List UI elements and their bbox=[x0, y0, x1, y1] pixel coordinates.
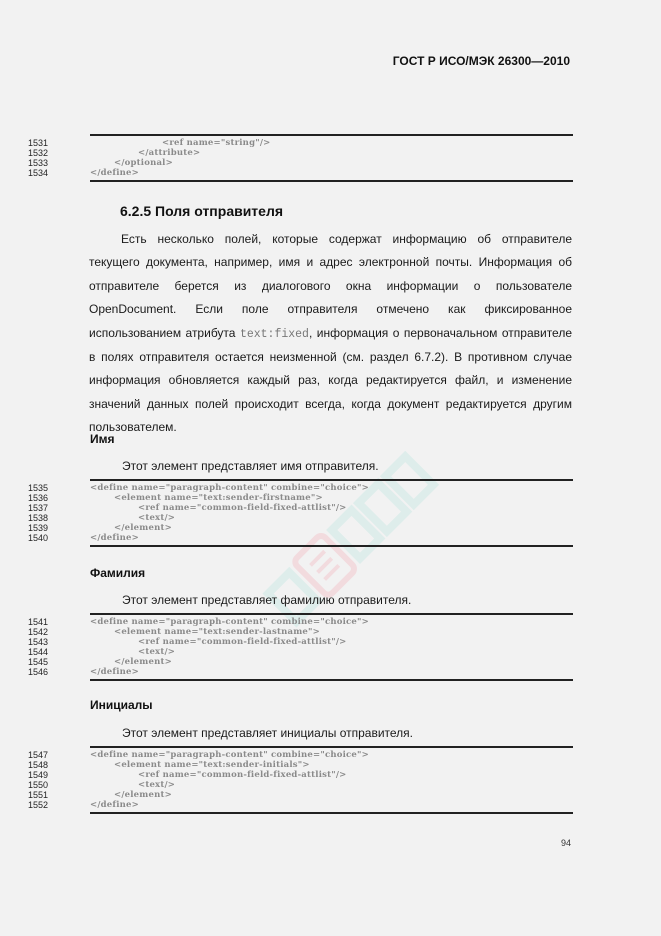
code-text: <define name="paragraph-content" combine… bbox=[90, 750, 369, 760]
code-line: 1533</optional> bbox=[90, 158, 573, 168]
code-line: 1544<text/> bbox=[90, 647, 573, 657]
code-block-4: 1547<define name="paragraph-content" com… bbox=[90, 746, 573, 814]
code-text: </define> bbox=[90, 533, 139, 543]
code-text: <ref name="string"/> bbox=[90, 138, 270, 148]
code-text: <ref name="common-field-fixed-attlist"/> bbox=[90, 637, 347, 647]
code-line: 1550<text/> bbox=[90, 780, 573, 790]
code-line: 1549<ref name="common-field-fixed-attlis… bbox=[90, 770, 573, 780]
code-line: 1552</define> bbox=[90, 800, 573, 810]
code-line: 1547<define name="paragraph-content" com… bbox=[90, 750, 573, 760]
code-line: 1543<ref name="common-field-fixed-attlis… bbox=[90, 637, 573, 647]
code-text: </element> bbox=[90, 523, 172, 533]
code-line: 1542<element name="text:sender-lastname"… bbox=[90, 627, 573, 637]
code-block-3: 1541<define name="paragraph-content" com… bbox=[90, 613, 573, 681]
subsection-title-lastname: Фамилия bbox=[90, 566, 145, 580]
line-number: 1543 bbox=[28, 637, 58, 647]
line-number: 1541 bbox=[28, 617, 58, 627]
line-number: 1550 bbox=[28, 780, 58, 790]
line-number: 1537 bbox=[28, 503, 58, 513]
document-standard-header: ГОСТ Р ИСО/МЭК 26300—2010 bbox=[393, 54, 570, 68]
code-text: <element name="text:sender-firstname"> bbox=[90, 493, 323, 503]
inline-code: text:fixed bbox=[240, 328, 309, 341]
code-line: 1541<define name="paragraph-content" com… bbox=[90, 617, 573, 627]
line-number: 1548 bbox=[28, 760, 58, 770]
paragraph-text: Есть несколько полей, которые содержат и… bbox=[89, 232, 572, 340]
code-line: 1539</element> bbox=[90, 523, 573, 533]
subsection-title-name: Имя bbox=[90, 432, 115, 446]
line-number: 1545 bbox=[28, 657, 58, 667]
code-text: <define name="paragraph-content" combine… bbox=[90, 617, 369, 627]
subsection-desc-name: Этот элемент представляет имя отправител… bbox=[122, 459, 379, 473]
code-block-2: 1535<define name="paragraph-content" com… bbox=[90, 479, 573, 547]
line-number: 1552 bbox=[28, 800, 58, 810]
code-text: <text/> bbox=[90, 647, 175, 657]
code-text: </attribute> bbox=[90, 148, 200, 158]
code-text: <ref name="common-field-fixed-attlist"/> bbox=[90, 770, 347, 780]
code-line: 1531<ref name="string"/> bbox=[90, 138, 573, 148]
code-line: 1545</element> bbox=[90, 657, 573, 667]
line-number: 1535 bbox=[28, 483, 58, 493]
line-number: 1533 bbox=[28, 158, 58, 168]
code-text: <element name="text:sender-initials"> bbox=[90, 760, 310, 770]
line-number: 1542 bbox=[28, 627, 58, 637]
subsection-desc-lastname: Этот элемент представляет фамилию отправ… bbox=[122, 593, 411, 607]
page-number: 94 bbox=[561, 838, 571, 848]
code-line: 1536<element name="text:sender-firstname… bbox=[90, 493, 573, 503]
code-line: 1551</element> bbox=[90, 790, 573, 800]
paragraph-text: , информация о первоначальном отправител… bbox=[89, 326, 572, 435]
line-number: 1534 bbox=[28, 168, 58, 178]
code-text: <ref name="common-field-fixed-attlist"/> bbox=[90, 503, 347, 513]
code-line: 1537<ref name="common-field-fixed-attlis… bbox=[90, 503, 573, 513]
line-number: 1547 bbox=[28, 750, 58, 760]
code-line: 1546</define> bbox=[90, 667, 573, 677]
subsection-desc-initials: Этот элемент представляет инициалы отпра… bbox=[122, 726, 413, 740]
code-text: </define> bbox=[90, 800, 139, 810]
line-number: 1551 bbox=[28, 790, 58, 800]
code-line: 1532</attribute> bbox=[90, 148, 573, 158]
section-paragraph: Есть несколько полей, которые содержат и… bbox=[89, 228, 572, 440]
code-text: <define name="paragraph-content" combine… bbox=[90, 483, 369, 493]
code-line: 1535<define name="paragraph-content" com… bbox=[90, 483, 573, 493]
section-title: 6.2.5 Поля отправителя bbox=[120, 203, 283, 219]
code-text: </element> bbox=[90, 657, 172, 667]
code-line: 1538<text/> bbox=[90, 513, 573, 523]
code-block-1: 1531<ref name="string"/> 1532</attribute… bbox=[90, 134, 573, 182]
code-text: <text/> bbox=[90, 780, 175, 790]
code-text: </define> bbox=[90, 667, 139, 677]
code-text: </optional> bbox=[90, 158, 173, 168]
line-number: 1546 bbox=[28, 667, 58, 677]
line-number: 1532 bbox=[28, 148, 58, 158]
subsection-title-initials: Инициалы bbox=[90, 698, 153, 712]
code-text: </define> bbox=[90, 168, 139, 178]
code-line: 1540</define> bbox=[90, 533, 573, 543]
line-number: 1536 bbox=[28, 493, 58, 503]
line-number: 1540 bbox=[28, 533, 58, 543]
code-text: <text/> bbox=[90, 513, 175, 523]
line-number: 1531 bbox=[28, 138, 58, 148]
line-number: 1539 bbox=[28, 523, 58, 533]
code-line: 1548<element name="text:sender-initials"… bbox=[90, 760, 573, 770]
code-text: </element> bbox=[90, 790, 172, 800]
code-line: 1534</define> bbox=[90, 168, 573, 178]
line-number: 1544 bbox=[28, 647, 58, 657]
line-number: 1549 bbox=[28, 770, 58, 780]
line-number: 1538 bbox=[28, 513, 58, 523]
code-text: <element name="text:sender-lastname"> bbox=[90, 627, 320, 637]
